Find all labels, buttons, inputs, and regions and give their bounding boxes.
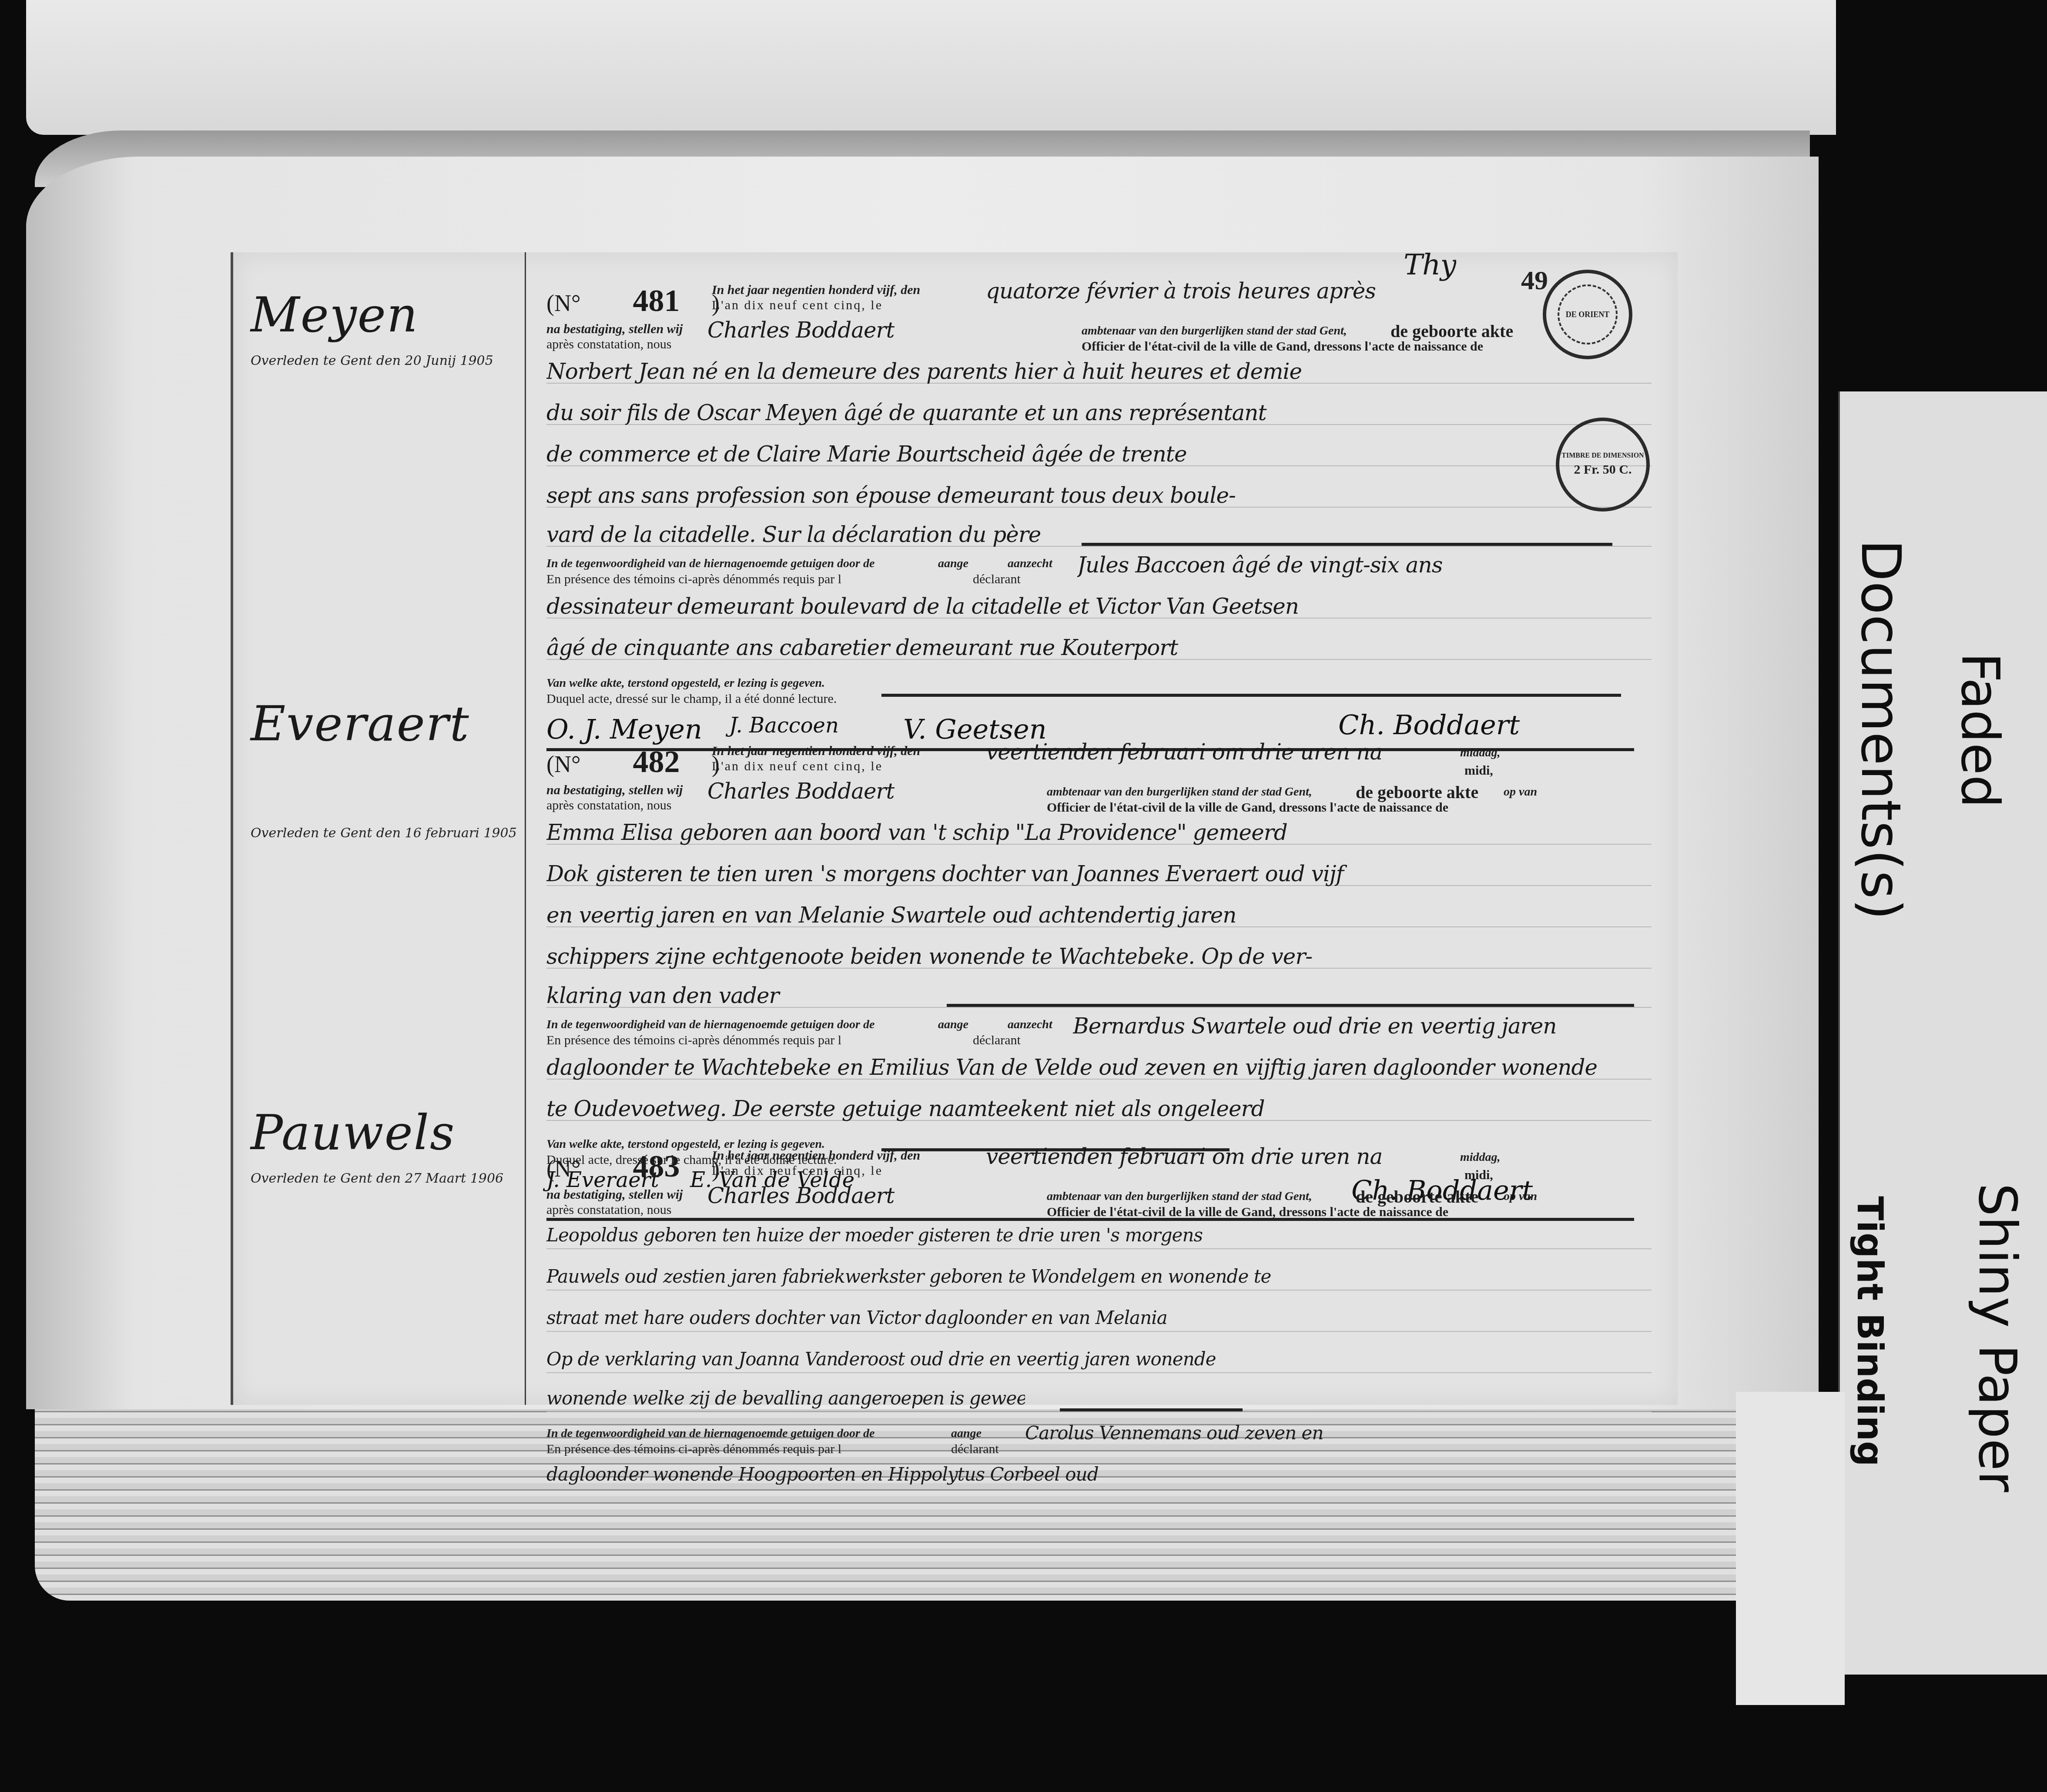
- form-text: de geboorte akte: [1356, 1187, 1478, 1207]
- form-text: aange: [938, 557, 968, 571]
- date-handwritten: veertienden februari om drie uren na: [986, 1144, 1399, 1169]
- form-text: aanzecht: [1008, 557, 1052, 571]
- form-text: In de tegenwoordigheid van de hiernageno…: [546, 557, 874, 571]
- margin-note: Overleden te Gent den 16 februari 1905: [251, 826, 520, 841]
- margin-name: Pauwels: [251, 1105, 520, 1160]
- witness-line: Jules Baccoen âgé de vingt-six ans: [1077, 552, 1643, 578]
- form-text: In het jaar negentien honderd vijf, den: [712, 283, 920, 298]
- form-text: In het jaar negentien honderd vijf, den: [712, 744, 920, 759]
- date-handwritten: quatorze février à trois heures après: [986, 278, 1377, 304]
- form-text: aange: [951, 1427, 982, 1441]
- date-handwritten: veertienden februari om drie uren na: [986, 739, 1399, 765]
- witness-line: dessinateur demeurant boulevard de la ci…: [546, 594, 1634, 619]
- form-text: En présence des témoins ci-après dénommé…: [546, 1442, 841, 1457]
- margin-note: Overleden te Gent den 27 Maart 1906: [251, 1171, 520, 1186]
- body-line: en veertig jaren en van Melanie Swartele…: [546, 903, 1634, 928]
- form-text: na bestatiging, stellen wij: [546, 1187, 683, 1202]
- officer-name: Charles Boddaert: [707, 318, 895, 343]
- documents-label: Documents(s): [1849, 539, 1912, 920]
- act-number: 482: [633, 744, 680, 779]
- form-text: ambtenaar van den burgerlijken stand der…: [1082, 324, 1347, 338]
- body-line: vard de la citadelle. Sur la déclaration…: [546, 522, 1069, 547]
- body-line: wonende welke zij de bevalling aangeroep…: [546, 1387, 1025, 1409]
- form-text: na bestatiging, stellen wij: [546, 783, 683, 798]
- margin-entry-482: Everaert Overleden te Gent den 16 februa…: [251, 696, 520, 841]
- form-text: après constatation, nous: [546, 798, 671, 813]
- witness-line: Bernardus Swartele oud drie en veertig j…: [1073, 1013, 1638, 1039]
- form-text: L'an dix neuf cent cinq, le: [712, 1163, 883, 1178]
- page-number: 49: [1521, 265, 1548, 296]
- form-text: Van welke akte, terstond opgesteld, er l…: [546, 676, 825, 690]
- form-text: aange: [938, 1018, 968, 1032]
- form-text: ambtenaar van den burgerlijken stand der…: [1047, 1190, 1312, 1204]
- birth-register-sheet: Meyen Overleden te Gent den 20 Junij 190…: [231, 252, 1678, 1405]
- witness-line: dagloonder te Wachtebeke en Emilius Van …: [546, 1055, 1634, 1080]
- witness-line: dagloonder wonende Hoogpoorten en Hippol…: [546, 1464, 1612, 1485]
- form-text: In het jaar negentien honderd vijf, den: [712, 1148, 920, 1163]
- form-text: midi,: [1464, 1168, 1493, 1183]
- form-text: midi,: [1464, 763, 1493, 778]
- body-line: Leopoldus geboren ten huize der moeder g…: [546, 1224, 1634, 1246]
- registrar-signature: Ch. Boddaert: [1338, 709, 1520, 741]
- act-number: 483: [633, 1149, 680, 1184]
- act-number-label: (N°483 ): [546, 1148, 720, 1184]
- tax-stamp-text: TIMBRE DE DIMENSION: [1561, 452, 1644, 460]
- witness-line: te Oudevoetweg. De eerste getuige naamte…: [546, 1096, 1417, 1121]
- margin-column: Meyen Overleden te Gent den 20 Junij 190…: [233, 252, 526, 1405]
- witness-line: âgé de cinquante ans cabaretier demeuran…: [546, 635, 1504, 660]
- form-text: op van: [1504, 1190, 1537, 1204]
- form-text: Duquel acte, dressé sur le champ, il a é…: [546, 692, 837, 706]
- form-text: na bestatiging, stellen wij: [546, 322, 683, 337]
- acts-column: Thy 49 (N°481 ) In het jaar negentien ho…: [533, 252, 1665, 1405]
- body-line: Op de verklaring van Joanna Vanderoost o…: [546, 1348, 1634, 1370]
- form-text: déclarant: [973, 572, 1021, 587]
- city-seal-text: DE ORIENT: [1566, 310, 1610, 319]
- signature: O. J. Meyen: [546, 713, 702, 745]
- form-text: L'an dix neuf cent cinq, le: [712, 298, 883, 313]
- tax-stamp: TIMBRE DE DIMENSION 2 Fr. 50 C.: [1556, 418, 1650, 512]
- witness-line: Carolus Vennemans oud zeven en: [1025, 1422, 1612, 1444]
- form-text: de geboorte akte: [1356, 782, 1478, 802]
- margin-name: Meyen: [251, 287, 520, 343]
- faded-label: Faded: [1950, 652, 2010, 808]
- act-number-label: (N°482 ): [546, 744, 720, 780]
- form-text: In de tegenwoordigheid van de hiernageno…: [546, 1018, 874, 1032]
- form-text: In de tegenwoordigheid van de hiernageno…: [546, 1427, 874, 1441]
- form-text: déclarant: [951, 1442, 999, 1457]
- body-line: schippers zijne echtgenoote beiden wonen…: [546, 944, 1634, 969]
- form-text: ambtenaar van den burgerlijken stand der…: [1047, 785, 1312, 799]
- form-text: Officier de l'état-civil de la ville de …: [1047, 1205, 1448, 1220]
- upper-page-leaf: [26, 0, 1836, 135]
- corner-annotation: Thy: [1404, 248, 1456, 281]
- form-text: En présence des témoins ci-après dénommé…: [546, 1033, 841, 1048]
- form-text: middag,: [1460, 746, 1501, 760]
- act-number-label: (N°481 ): [546, 283, 720, 319]
- officer-name: Charles Boddaert: [707, 779, 895, 804]
- act-number: 481: [633, 283, 680, 318]
- label-card-binding: [1736, 1392, 1845, 1705]
- form-text: op van: [1504, 785, 1537, 799]
- form-text: après constatation, nous: [546, 337, 671, 352]
- form-text: Officier de l'état-civil de la ville de …: [1047, 800, 1448, 815]
- margin-entry-481: Meyen Overleden te Gent den 20 Junij 190…: [251, 287, 520, 368]
- form-text: Officier de l'état-civil de la ville de …: [1082, 339, 1483, 354]
- tight-binding-label: Tight Binding: [1849, 1196, 1890, 1467]
- form-text: L'an dix neuf cent cinq, le: [712, 759, 883, 774]
- body-line: Dok gisteren te tien uren 's morgens doc…: [546, 861, 1634, 886]
- form-text: aanzecht: [1008, 1018, 1052, 1032]
- form-text: middag,: [1460, 1150, 1501, 1164]
- signature: J. Baccoen: [729, 713, 839, 738]
- margin-entry-483: Pauwels Overleden te Gent den 27 Maart 1…: [251, 1105, 520, 1186]
- form-text: En présence des témoins ci-après dénommé…: [546, 572, 841, 587]
- body-line: klaring van den vader: [546, 983, 938, 1008]
- body-line: du soir fils de Oscar Meyen âgé de quara…: [546, 400, 1634, 425]
- margin-name: Everaert: [251, 696, 520, 752]
- city-seal-stamp: DE ORIENT: [1543, 270, 1632, 359]
- officer-name: Charles Boddaert: [707, 1183, 895, 1208]
- tax-stamp-value: 2 Fr. 50 C.: [1574, 462, 1632, 477]
- form-text: de geboorte akte: [1390, 321, 1513, 341]
- body-line: sept ans sans profession son épouse deme…: [546, 483, 1482, 508]
- body-line: straat met hare ouders dochter van Victo…: [546, 1307, 1634, 1328]
- body-line: de commerce et de Claire Marie Bourtsche…: [546, 441, 1482, 467]
- margin-note: Overleden te Gent den 20 Junij 1905: [251, 353, 520, 368]
- body-line: Norbert Jean né en la demeure des parent…: [546, 359, 1634, 384]
- body-line: Pauwels oud zestien jaren fabriekwerkste…: [546, 1266, 1634, 1287]
- shiny-paper-label: Shiny Paper: [1967, 1183, 2027, 1492]
- form-text: déclarant: [973, 1033, 1021, 1048]
- form-text: après constatation, nous: [546, 1203, 671, 1217]
- body-line: Emma Elisa geboren aan boord van 't schi…: [546, 820, 1634, 845]
